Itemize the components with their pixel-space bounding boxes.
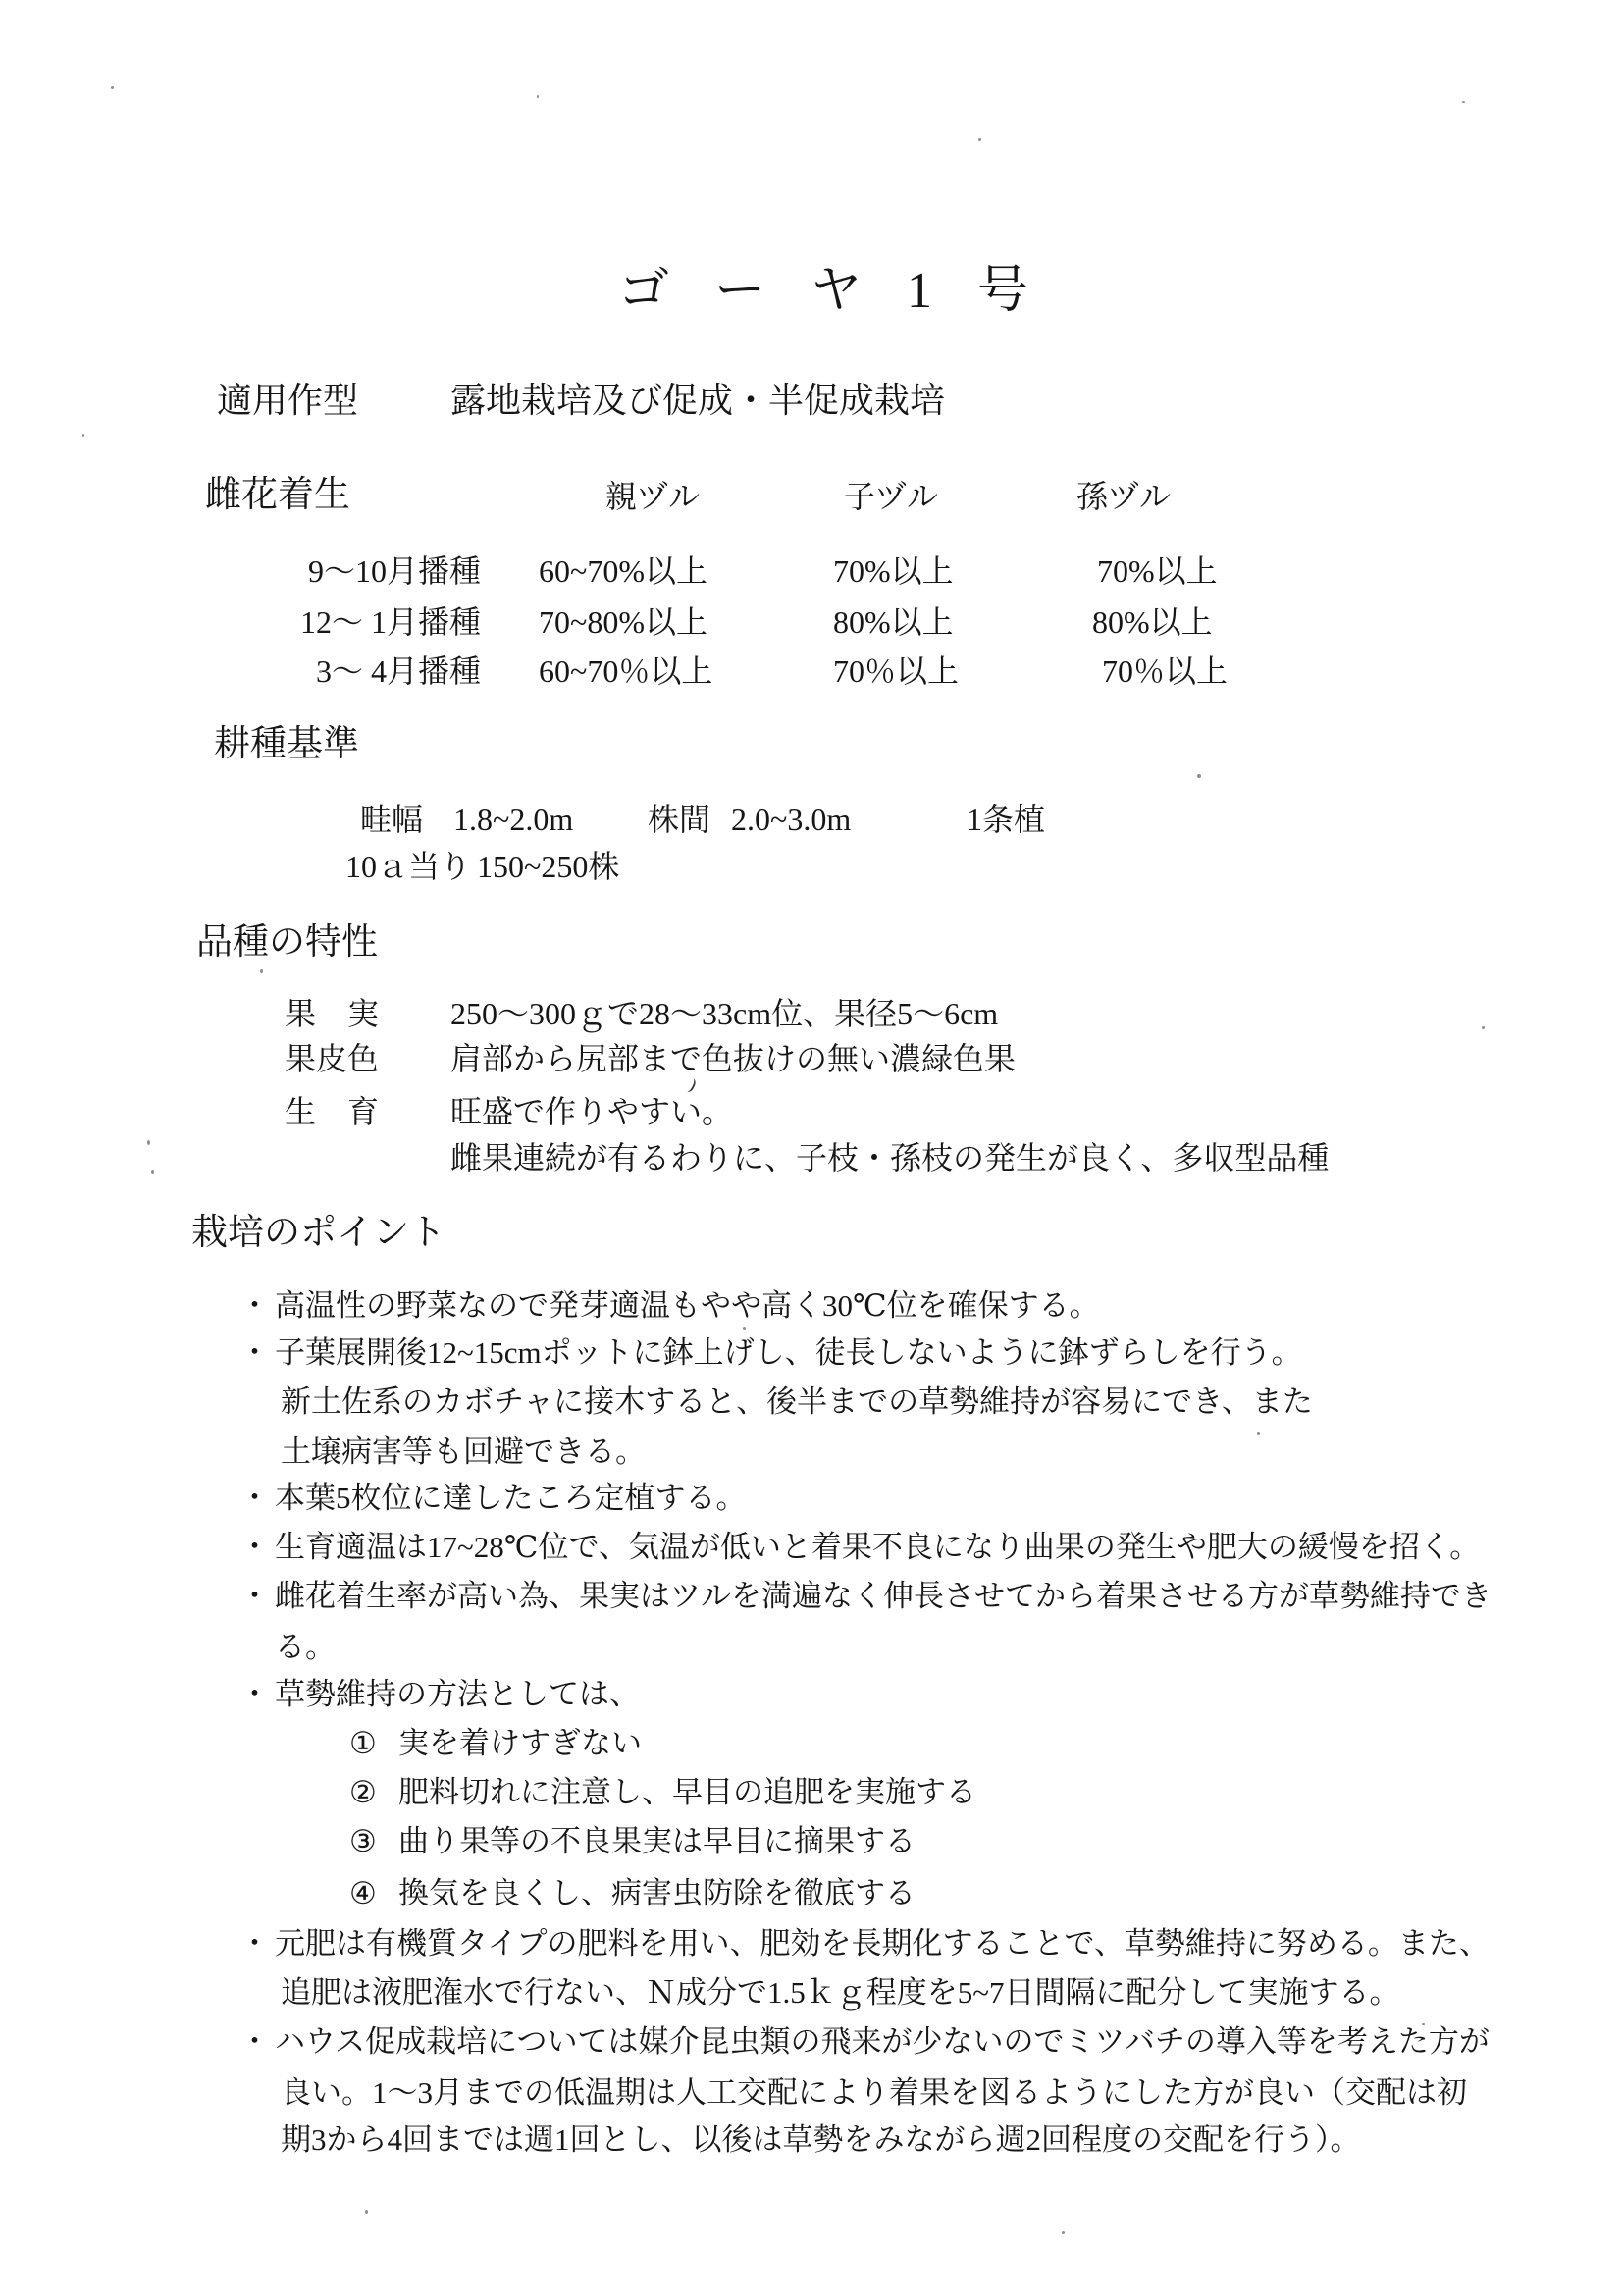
bullet-dot: ・ [239,1678,270,1712]
numbered-item-text: 曲り果等の不良果実は早目に摘果する [398,1825,916,1859]
bullet-dot: ・ [239,1289,270,1324]
numbered-item-marker: ① [349,1727,377,1761]
row-width-value: 1.8~2.0m [453,803,573,838]
per-area-label: 10ａ当り [345,850,471,885]
characteristic-label: 果皮色 [285,1042,379,1077]
characteristics-heading: 品種の特性 [196,922,378,963]
bullet-line: 雌花着生率が高い為、果実はツルを満遍なく伸長させてから着果させる方が草勢維持でき [275,1580,1492,1614]
table-row-label: 9～10月播種 [236,554,481,590]
scan-speck [260,969,263,973]
column-header-child-vine: 子ヅル [844,480,938,515]
table-cell: 60~70%以上 [539,554,707,590]
scan-speck [1422,2023,1425,2025]
bullet-line: 高温性の野菜なので発芽適温もやや高く30℃位を確保する。 [275,1289,1100,1324]
characteristic-value: 250～300ｇで28～33cm位、果径5～6cm [450,997,998,1032]
scan-speck [82,434,84,437]
scan-speck [1482,1026,1485,1029]
scanned-page: ゴーヤ1号 適用作型 露地栽培及び促成・半促成栽培 雌花着生 親ヅル 子ヅル 孫… [0,0,1623,2296]
application-type-value: 露地栽培及び促成・半促成栽培 [450,381,945,420]
application-type-label: 適用作型 [217,381,358,420]
table-row-label: 3～ 4月播種 [236,654,481,690]
table-cell: 60~70％以上 [539,654,712,690]
bullet-line: 追肥は液肥潅水で行ない、Ｎ成分で1.5ｋｇ程度を5~7日間隔に配分して実施する。 [281,1976,1400,2010]
bullet-dot: ・ [239,1482,270,1516]
numbered-item-marker: ③ [349,1825,377,1859]
scan-stray-mark [681,1075,697,1093]
plant-spacing-value: 2.0~3.0m [731,803,851,838]
bullet-dot: ・ [239,1336,270,1371]
scan-speck [151,1170,154,1174]
scan-speck [365,2210,368,2214]
document-title: ゴーヤ1号 [618,263,1073,320]
characteristic-label: 生 育 [285,1095,379,1130]
column-header-grandchild-vine: 孫ヅル [1076,480,1171,515]
characteristic-value: 雌果連続が有るわりに、子枝・孫枝の発生が良く、多収型品種 [450,1141,1329,1176]
table-cell: 80%以上 [1092,605,1213,641]
numbered-item-marker: ④ [349,1877,377,1911]
scan-speck [537,95,539,98]
cultivation-standard-heading: 耕種基準 [214,724,359,764]
table-cell: 70%以上 [1097,554,1218,590]
table-cell: 70~80%以上 [539,605,707,641]
table-cell: 70%以上 [833,554,954,590]
row-width-label: 畦幅 [360,803,423,838]
numbered-item-text: 肥料切れに注意し、早目の追肥を実施する [398,1776,976,1810]
bullet-line: 生育適温は17~28℃位で、気温が低いと着果不良になり曲果の発生や肥大の緩慢を招… [275,1531,1480,1565]
numbered-item-text: 実を着けすぎない [398,1727,642,1761]
numbered-item-marker: ② [349,1776,377,1810]
bullet-line: 良い。1～3月までの低温期は人工交配により着果を図るようにした方が良い（交配は初 [281,2076,1467,2111]
bullet-dot: ・ [239,1580,270,1614]
bullet-line: 元肥は有機質タイプの肥料を用い、肥効を長期化することで、草勢維持に努める。また、 [275,1927,1490,1961]
per-area-value: 150~250株 [477,850,619,885]
bullet-dot: ・ [239,1927,270,1961]
bullet-dot: ・ [239,2025,270,2060]
characteristic-value: 肩部から尻部まで色抜けの無い濃緑色果 [450,1042,1016,1077]
column-header-parent-vine: 親ヅル [605,480,700,515]
bullet-dot: ・ [239,1531,270,1565]
bullet-line: 子葉展開後12~15cmポットに鉢上げし、徒長しないように鉢ずらしを行う。 [275,1336,1302,1371]
table-cell: 70％以上 [833,654,959,690]
bullet-line: る。 [275,1631,336,1665]
scan-speck [319,670,322,673]
scan-speck [743,1327,746,1330]
scan-speck [1257,1432,1260,1435]
bullet-line: 土壌病害等も回避できる。 [281,1435,646,1470]
numbered-item-text: 換気を良くし、病害虫防除を徹底する [398,1877,916,1911]
scan-speck [1062,2231,1065,2234]
bullet-line: ハウス促成栽培については媒介昆虫類の飛来が少ないのでミツバチの導入等を考えた方が [275,2025,1490,2060]
plant-spacing-label: 株間 [648,803,710,838]
bullet-line: 草勢維持の方法としては、 [275,1678,640,1712]
row-type-value: 1条植 [967,803,1045,838]
female-flower-heading: 雌花着生 [205,475,350,515]
table-row-label: 12～ 1月播種 [236,605,481,641]
characteristic-label: 果 実 [285,997,379,1032]
table-cell: 80%以上 [833,605,954,641]
bullet-line: 期3から4回までは週1回とし、以後は草勢をみながら週2回程度の交配を行う）。 [281,2123,1361,2158]
points-heading: 栽培のポイント [191,1213,445,1253]
scan-speck [1462,101,1465,103]
table-cell: 70％以上 [1102,654,1228,690]
bullet-line: 新土佐系のカボチャに接木すると、後半までの草勢維持が容易にでき、また [281,1385,1313,1420]
scan-speck [147,1140,150,1145]
characteristic-value: 旺盛で作りやすい。 [450,1095,733,1130]
scan-speck [978,138,981,141]
bullet-line: 本葉5枚位に達したころ定植する。 [275,1482,747,1516]
scan-speck [111,86,114,89]
scan-speck [1197,774,1201,778]
